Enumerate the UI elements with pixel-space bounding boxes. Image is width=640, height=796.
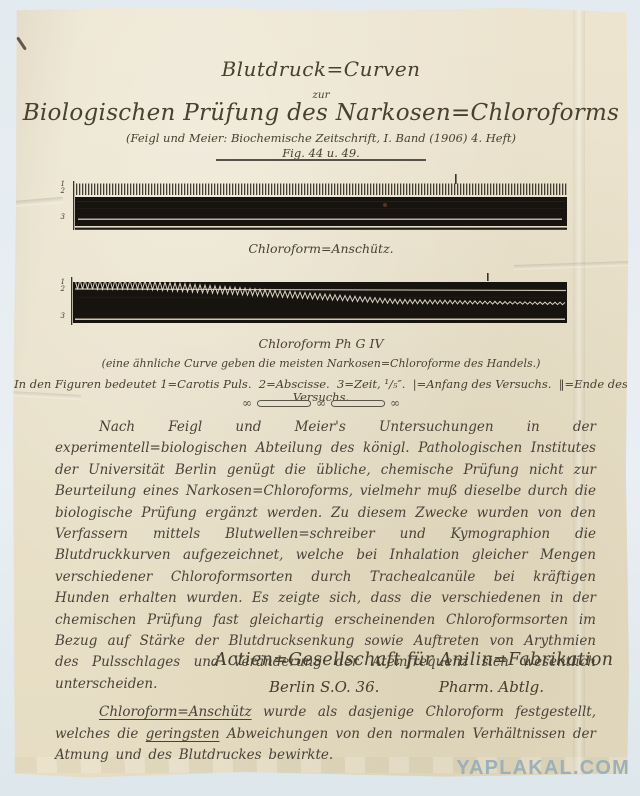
divider-bar [331,400,385,407]
infinity-icon: ∞ [242,397,252,409]
paper-crease [11,197,63,208]
paper-crease [514,261,629,270]
signature-block: Actien=Gesellschaft für Anilin=Fabrikati… [199,650,629,696]
strip1-label-2: 2 [55,188,65,195]
strip2-subcaption: (eine ähnliche Curve geben die meisten N… [13,358,629,370]
strip2-label-2: 2 [55,286,65,293]
infinity-icon: ∞ [316,397,326,409]
strip1-caption: Chloroform=Anschütz. [13,242,629,256]
body-text-block: Nach Feigl und Meier's Untersuchungen in… [55,417,596,767]
strip1-label-3: 3 [55,214,65,221]
underlined-product-name: Chloroform=Anschütz [99,704,252,720]
kymograph-strip-1 [67,174,569,234]
figure-reference: Fig. 44 u. 49. [13,147,629,160]
kymograph-strip-2 [66,273,570,329]
company-name: Actien=Gesellschaft für Anilin=Fabrikati… [199,650,629,670]
document-title: Blutdruck=Curven [13,58,629,80]
divider-bar [257,400,311,407]
strip2-caption: Chloroform Ph G IV [13,337,629,351]
company-address: Berlin S.O. 36. [269,678,379,696]
underlined-word: geringsten [146,726,220,742]
document-paper: Blutdruck=Curven zur Biologischen Prüfun… [13,7,629,779]
ink-spot [16,36,27,50]
section-divider-ornament: ∞ ∞ ∞ [13,397,629,409]
infinity-icon: ∞ [390,397,400,409]
document-subtitle: Biologischen Prüfung des Narkosen=Chloro… [13,101,629,126]
strip2-label-3: 3 [55,313,65,320]
title-divider [216,159,426,161]
watermark-text: YAPLAKAL.COM [456,757,630,780]
page-background: Blutdruck=Curven zur Biologischen Prüfun… [0,0,640,796]
company-department: Pharm. Abtlg. [439,678,544,696]
citation-line: (Feigl und Meier: Biochemische Zeitschri… [13,132,629,145]
